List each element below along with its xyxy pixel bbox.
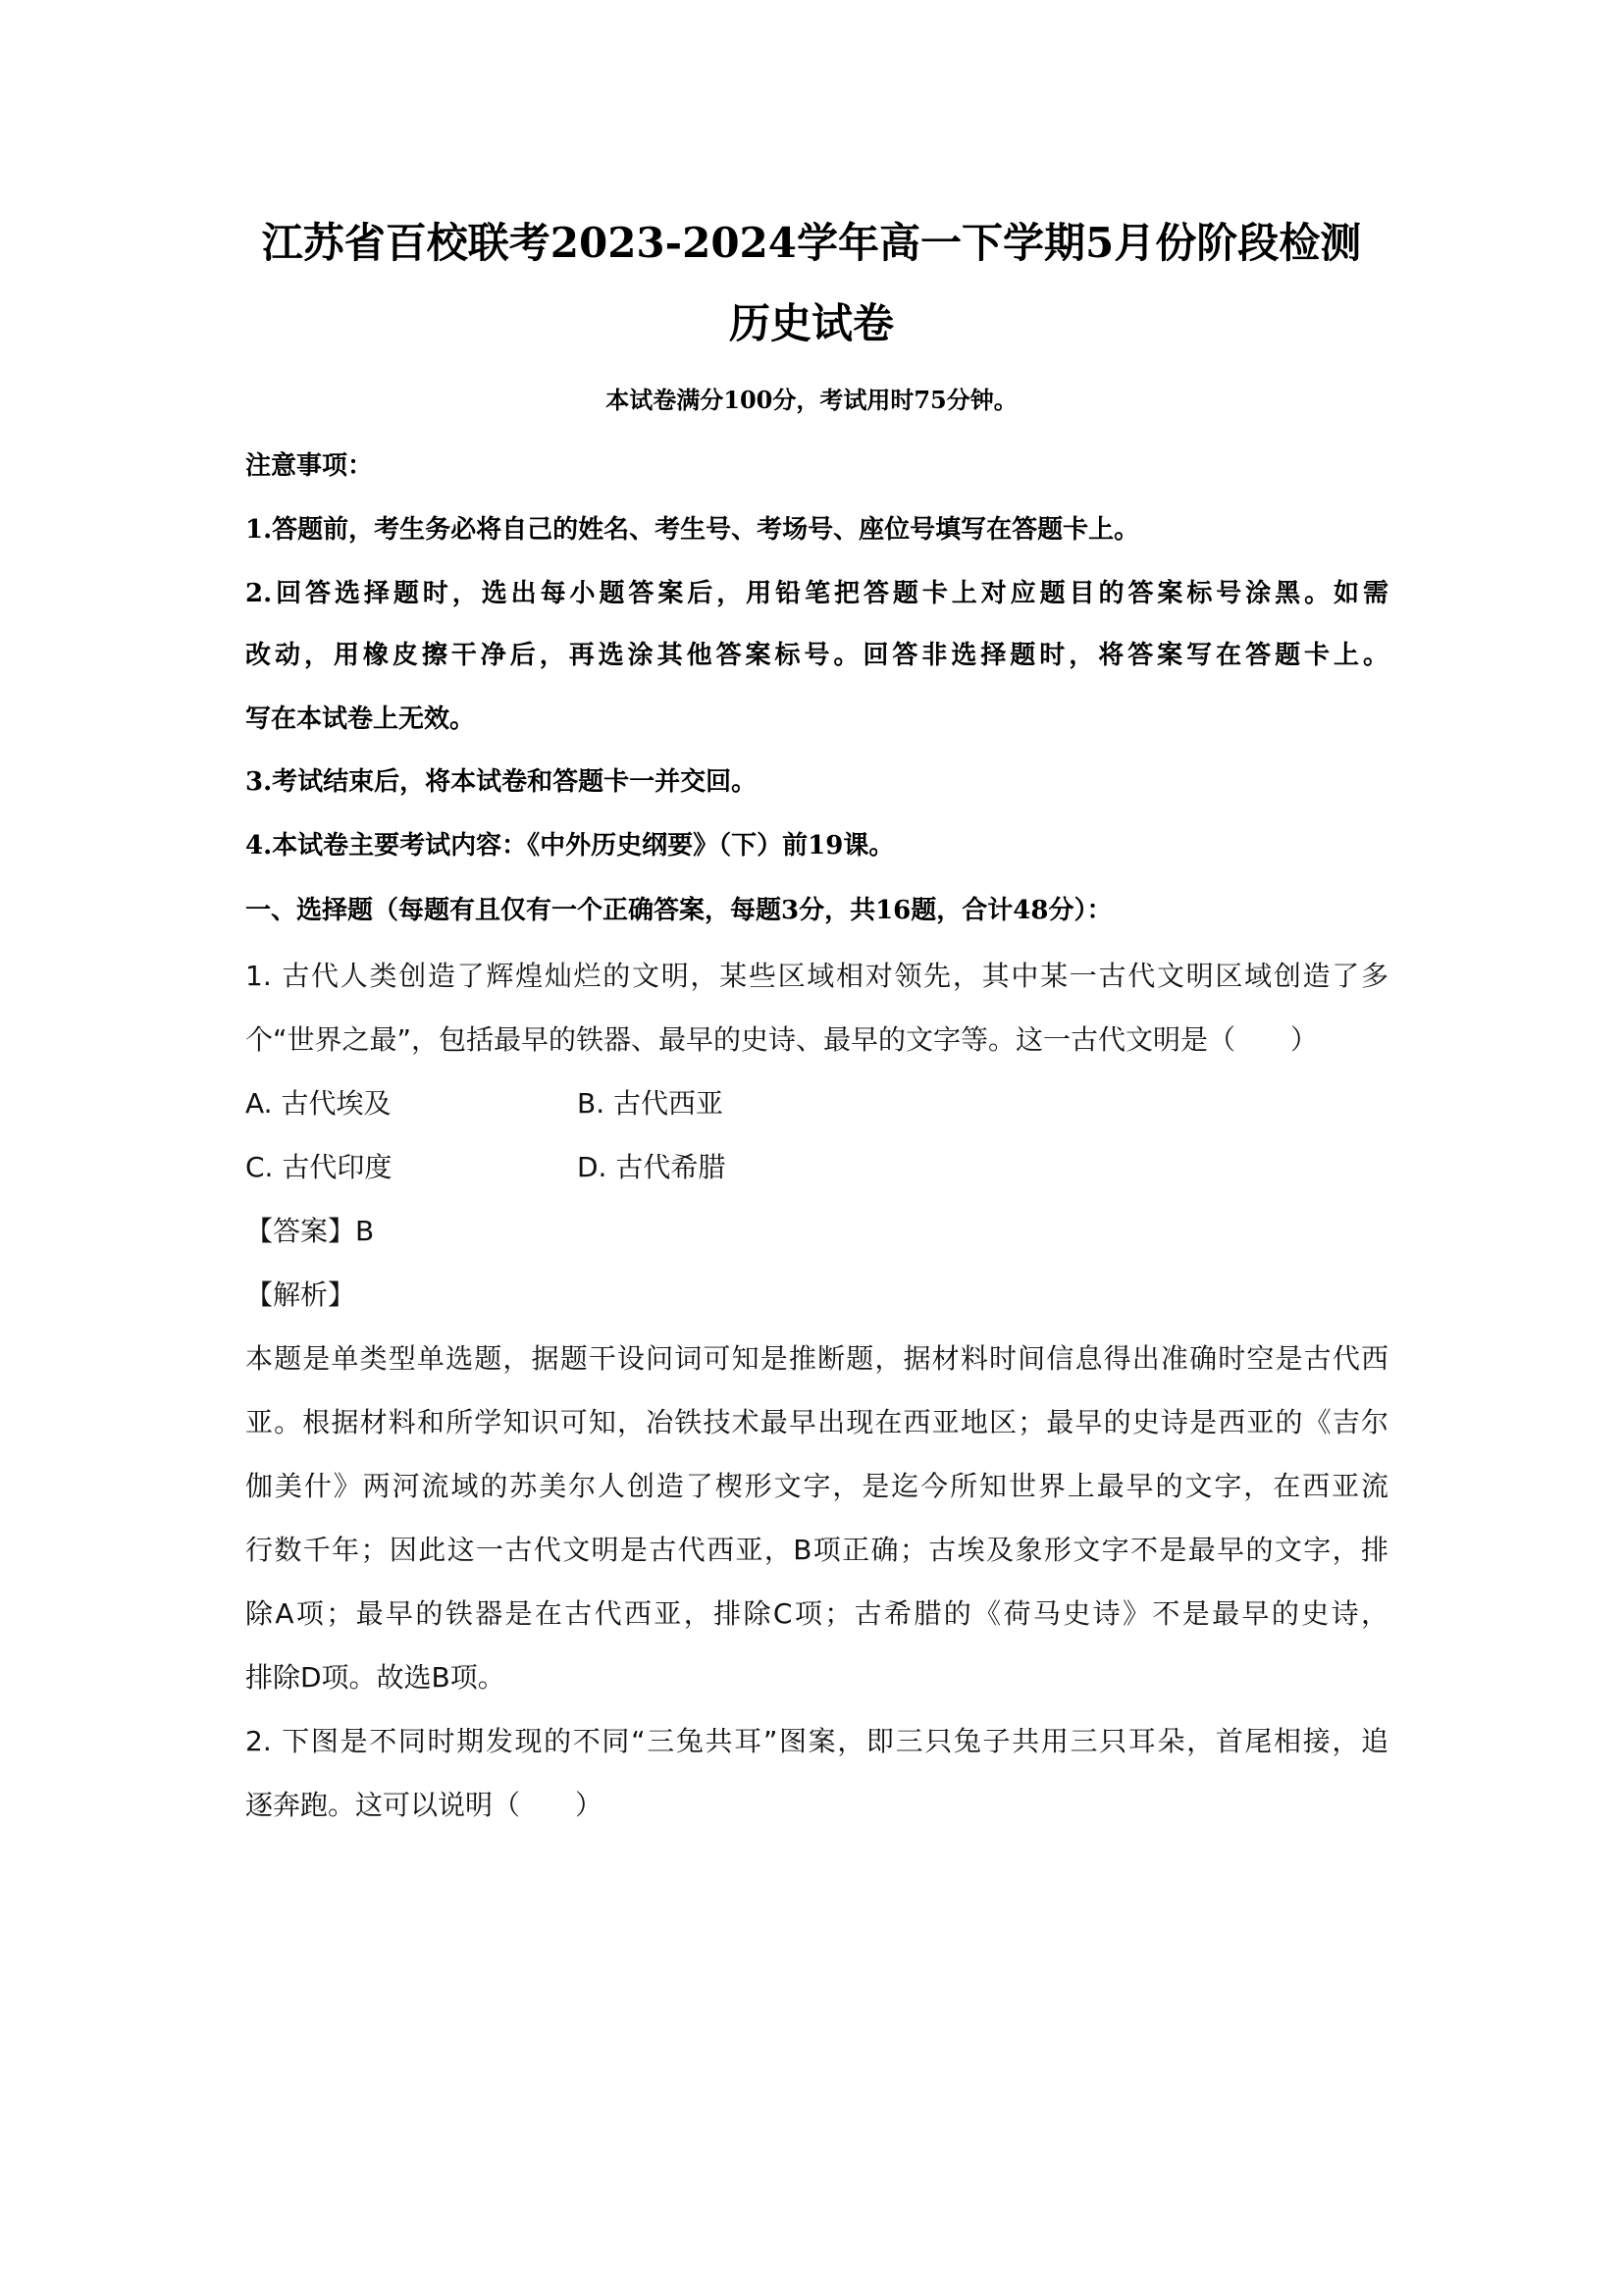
q1-option-d: D. 古代希腊 (577, 1148, 725, 1187)
q1-option-b: B. 古代西亚 (577, 1084, 723, 1123)
exam-subject-title: 历史试卷 (0, 294, 1623, 353)
notice-heading: 注意事项： (245, 446, 1388, 486)
q1-analysis-label: 【解析】 (245, 1276, 1388, 1315)
q1-analysis-line-6: 排除D项。故选B项。 (245, 1658, 1388, 1697)
exam-title: 江苏省百校联考2023-2024学年高一下学期5月份阶段检测 (0, 214, 1623, 273)
q1-analysis-line-3: 伽美什》两河流域的苏美尔人创造了楔形文字，是迄今所知世界上最早的文字，在西亚流 (245, 1467, 1388, 1506)
exam-duration-note: 本试卷满分100分，考试用时75分钟。 (0, 381, 1623, 420)
notice-item-1: 1.答题前，考生务必将自己的姓名、考生号、考场号、座位号填写在答题卡上。 (245, 510, 1388, 549)
section-heading-choice: 一、选择题（每题有且仅有一个正确答案，每题3分，共16题，合计48分）： (245, 891, 1388, 930)
q1-analysis-line-5: 除A项；最早的铁器是在古代西亚，排除C项；古希腊的《荷马史诗》不是最早的史诗， (245, 1594, 1388, 1634)
q1-option-a: A. 古代埃及 (245, 1084, 391, 1123)
notice-item-2-cont: 改动，用橡皮擦干净后，再选涂其他答案标号。回答非选择题时，将答案写在答题卡上。 (245, 636, 1388, 675)
q1-analysis-line-2: 亚。根据材料和所学知识可知，冶铁技术最早出现在西亚地区；最早的史诗是西亚的《吉尔 (245, 1403, 1388, 1442)
q1-stem-line-2: 个“世界之最”，包括最早的铁器、最早的史诗、最早的文字等。这一古代文明是（ ） (245, 1020, 1388, 1060)
q1-stem-line-1: 1. 古代人类创造了辉煌灿烂的文明，某些区域相对领先，其中某一古代文明区域创造了… (245, 957, 1388, 996)
q1-option-c: C. 古代印度 (245, 1148, 392, 1187)
notice-item-3: 3.考试结束后，将本试卷和答题卡一并交回。 (245, 762, 1388, 802)
notice-item-4: 4.本试卷主要考试内容：《中外历史纲要》（下）前19课。 (245, 826, 1388, 865)
exam-page: 江苏省百校联考2023-2024学年高一下学期5月份阶段检测 历史试卷 本试卷满… (0, 0, 1623, 2296)
notice-item-2: 2.回答选择题时，选出每小题答案后，用铅笔把答题卡上对应题目的答案标号涂黑。如需 (245, 574, 1388, 613)
q1-analysis-line-4: 行数千年；因此这一古代文明是古代西亚，B项正确；古埃及象形文字不是最早的文字，排 (245, 1531, 1388, 1570)
q1-analysis-line-1: 本题是单类型单选题，据题干设问词可知是推断题，据材料时间信息得出准确时空是古代西 (245, 1339, 1388, 1379)
notice-item-2-end: 写在本试卷上无效。 (245, 700, 1388, 739)
q2-stem-line-2: 逐奔跑。这可以说明（ ） (245, 1786, 1388, 1825)
q2-stem-line-1: 2. 下图是不同时期发现的不同“三兔共耳”图案，即三只兔子共用三只耳朵，首尾相接… (245, 1722, 1388, 1761)
q1-answer: 【答案】B (245, 1212, 1388, 1251)
